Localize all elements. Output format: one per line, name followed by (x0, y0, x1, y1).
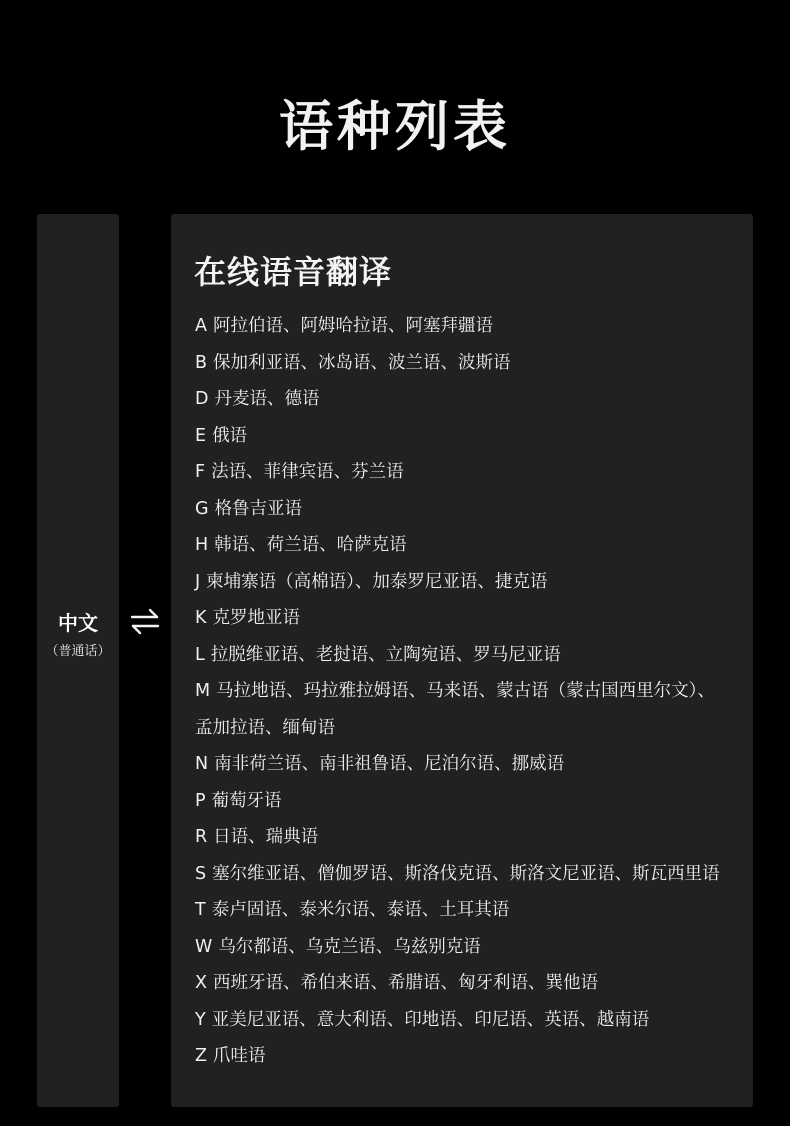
group-letter: K (195, 600, 206, 637)
group-languages: 葡萄牙语 (212, 791, 282, 811)
group-letter: M (195, 673, 210, 710)
source-language-panel[interactable]: 中文 （普通话） (37, 214, 119, 1107)
swap-arrows-icon[interactable] (127, 605, 163, 639)
group-languages: 马拉地语、玛拉雅拉姆语、马来语、蒙古语（蒙古国西里尔文）、 (216, 681, 715, 701)
group-letter: E (195, 418, 206, 455)
group-languages: 乌尔都语、乌克兰语、乌兹别克语 (218, 937, 481, 957)
group-languages: 南非荷兰语、南非祖鲁语、尼泊尔语、挪威语 (214, 754, 564, 774)
list-item: J柬埔寨语（高棉语）、加泰罗尼亚语、捷克语 (195, 564, 745, 601)
page-title: 语种列表 (0, 92, 790, 162)
group-letter: W (195, 929, 212, 966)
group-letter: H (195, 527, 208, 564)
group-languages: 俄语 (212, 426, 247, 446)
group-languages: 拉脱维亚语、老挝语、立陶宛语、罗马尼亚语 (211, 645, 561, 665)
group-letter: X (195, 965, 207, 1002)
group-languages: 丹麦语、德语 (214, 389, 319, 409)
list-item: N南非荷兰语、南非祖鲁语、尼泊尔语、挪威语 (195, 746, 745, 783)
group-languages: 阿拉伯语、阿姆哈拉语、阿塞拜疆语 (213, 316, 493, 336)
list-item: P葡萄牙语 (195, 783, 745, 820)
section-title: 在线语音翻译 (194, 250, 392, 294)
list-item: D丹麦语、德语 (195, 381, 745, 418)
list-item: G格鲁吉亚语 (195, 491, 745, 528)
group-languages: 克罗地亚语 (212, 608, 300, 628)
group-languages: 格鲁吉亚语 (215, 499, 303, 519)
list-item: W乌尔都语、乌克兰语、乌兹别克语 (195, 929, 745, 966)
group-letter: G (195, 491, 209, 528)
group-letter: F (195, 454, 205, 491)
list-item: A阿拉伯语、阿姆哈拉语、阿塞拜疆语 (195, 308, 745, 345)
group-languages: 西班牙语、希伯来语、希腊语、匈牙利语、巽他语 (213, 973, 598, 993)
group-languages: 泰卢固语、泰米尔语、泰语、土耳其语 (212, 900, 510, 920)
group-letter: A (195, 308, 207, 345)
list-item: X西班牙语、希伯来语、希腊语、匈牙利语、巽他语 (195, 965, 745, 1002)
list-item: T泰卢固语、泰米尔语、泰语、土耳其语 (195, 892, 745, 929)
group-letter: J (195, 564, 200, 601)
group-languages: 亚美尼亚语、意大利语、印地语、印尼语、英语、越南语 (212, 1010, 650, 1030)
list-item-continuation: 孟加拉语、缅甸语 (195, 710, 745, 747)
group-languages: 爪哇语 (213, 1046, 266, 1066)
group-letter: R (195, 819, 207, 856)
group-languages: 日语、瑞典语 (213, 827, 318, 847)
list-item: Y亚美尼亚语、意大利语、印地语、印尼语、英语、越南语 (195, 1002, 745, 1039)
list-item: K克罗地亚语 (195, 600, 745, 637)
list-item: Z爪哇语 (195, 1038, 745, 1075)
list-item: L拉脱维亚语、老挝语、立陶宛语、罗马尼亚语 (195, 637, 745, 674)
group-letter: B (195, 345, 207, 382)
group-languages: 柬埔寨语（高棉语）、加泰罗尼亚语、捷克语 (206, 572, 547, 592)
list-item: R日语、瑞典语 (195, 819, 745, 856)
group-letter: N (195, 746, 208, 783)
group-languages: 保加利亚语、冰岛语、波兰语、波斯语 (213, 353, 511, 373)
group-letter: T (195, 892, 206, 929)
group-letter: P (195, 783, 206, 820)
group-languages: 塞尔维亚语、僧伽罗语、斯洛伐克语、斯洛文尼亚语、斯瓦西里语 (212, 864, 720, 884)
group-letter: Y (195, 1002, 206, 1039)
group-letter: D (195, 381, 208, 418)
group-letter: S (195, 856, 206, 893)
source-language-variant: （普通话） (37, 640, 119, 659)
source-language-name: 中文 (37, 607, 119, 636)
list-item: B保加利亚语、冰岛语、波兰语、波斯语 (195, 345, 745, 382)
group-letter: L (195, 637, 205, 674)
list-item: M马拉地语、玛拉雅拉姆语、马来语、蒙古语（蒙古国西里尔文）、 (195, 673, 745, 710)
list-item: H韩语、荷兰语、哈萨克语 (195, 527, 745, 564)
list-item: E俄语 (195, 418, 745, 455)
language-list: A阿拉伯语、阿姆哈拉语、阿塞拜疆语 B保加利亚语、冰岛语、波兰语、波斯语 D丹麦… (195, 308, 745, 1075)
group-languages: 法语、菲律宾语、芬兰语 (211, 462, 404, 482)
list-item: S塞尔维亚语、僧伽罗语、斯洛伐克语、斯洛文尼亚语、斯瓦西里语 (195, 856, 745, 893)
list-item: F法语、菲律宾语、芬兰语 (195, 454, 745, 491)
group-languages: 韩语、荷兰语、哈萨克语 (214, 535, 407, 555)
group-letter: Z (195, 1038, 207, 1075)
target-languages-panel: 在线语音翻译 A阿拉伯语、阿姆哈拉语、阿塞拜疆语 B保加利亚语、冰岛语、波兰语、… (171, 214, 753, 1107)
